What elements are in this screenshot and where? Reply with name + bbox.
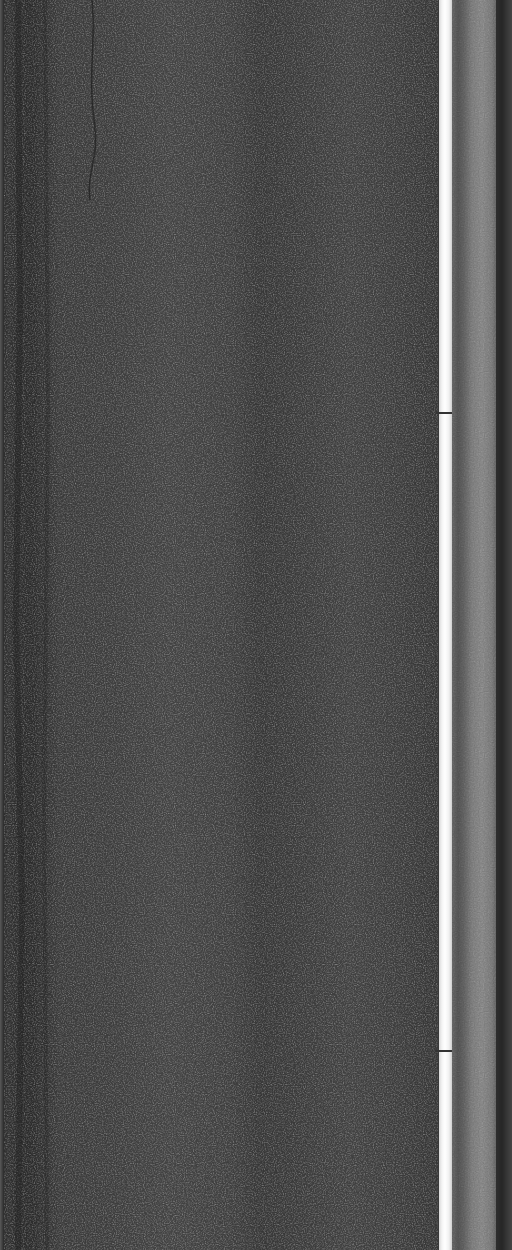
shoulder-texture: [452, 0, 496, 1250]
asphalt-lane: [0, 0, 438, 1250]
white-edge-line: [439, 0, 452, 1250]
asphalt-texture: [0, 0, 438, 1250]
curb-edge: [496, 0, 512, 1250]
left-pavement-edge: [0, 0, 4, 1250]
road-photo: Top-down view of an asphalt road lane: [0, 0, 512, 1250]
road-shoulder: [452, 0, 496, 1250]
